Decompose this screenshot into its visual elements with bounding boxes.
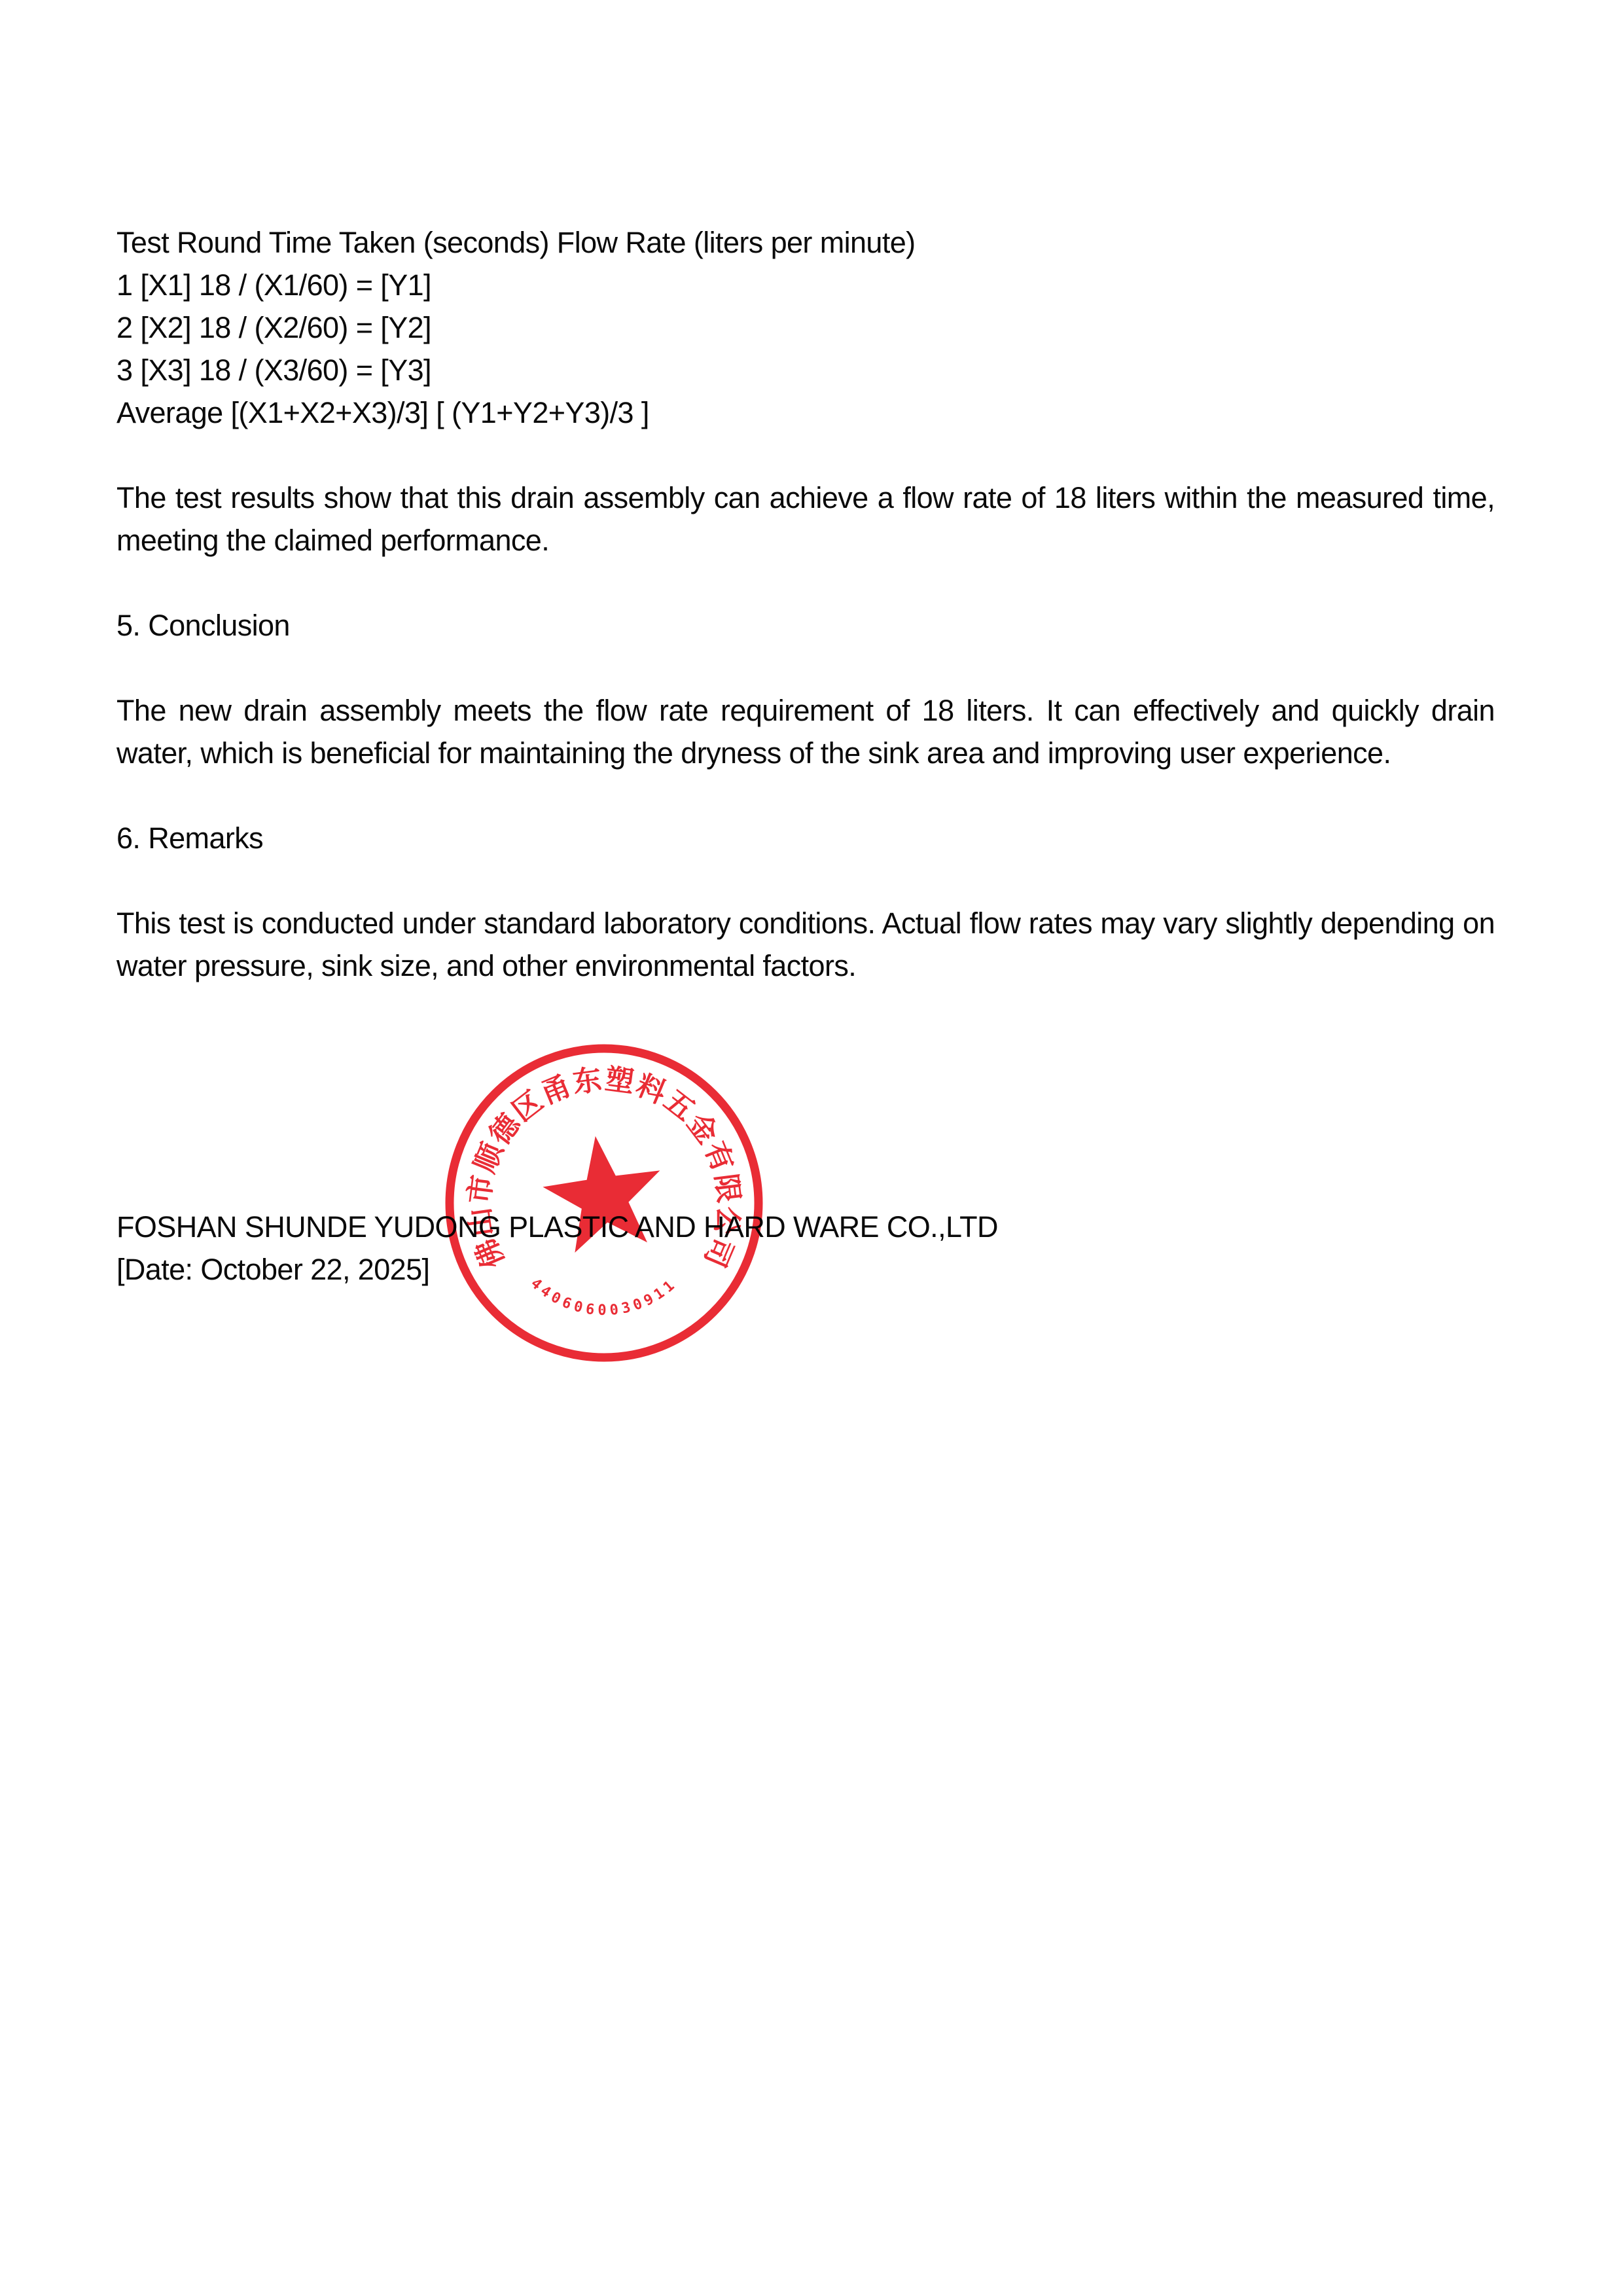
spacer xyxy=(116,774,1495,817)
spacer xyxy=(116,647,1495,689)
seal-registration-number: 4406060030911 xyxy=(527,1275,681,1319)
remarks-paragraph: This test is conducted under standard la… xyxy=(116,902,1495,987)
table-header: Test Round Time Taken (seconds) Flow Rat… xyxy=(116,221,1495,264)
results-paragraph: The test results show that this drain as… xyxy=(116,476,1495,562)
spacer xyxy=(116,562,1495,604)
table-row: 1 [X1] 18 / (X1/60) = [Y1] xyxy=(116,264,1495,306)
flow-rate-table: Test Round Time Taken (seconds) Flow Rat… xyxy=(116,221,1495,434)
document-body: Test Round Time Taken (seconds) Flow Rat… xyxy=(116,221,1495,987)
spacer xyxy=(116,859,1495,902)
table-row: 2 [X2] 18 / (X2/60) = [Y2] xyxy=(116,306,1495,349)
table-row: 3 [X3] 18 / (X3/60) = [Y3] xyxy=(116,349,1495,391)
spacer xyxy=(116,434,1495,476)
star-icon xyxy=(543,1136,660,1253)
section-heading-conclusion: 5. Conclusion xyxy=(116,604,1495,647)
section-heading-remarks: 6. Remarks xyxy=(116,817,1495,859)
table-row-average: Average [(X1+X2+X3)/3] [ (Y1+Y2+Y3)/3 ] xyxy=(116,391,1495,434)
conclusion-paragraph: The new drain assembly meets the flow ra… xyxy=(116,689,1495,774)
company-seal: 佛山市顺德区甬东塑料五金有限公司 4406060030911 xyxy=(438,1037,770,1369)
